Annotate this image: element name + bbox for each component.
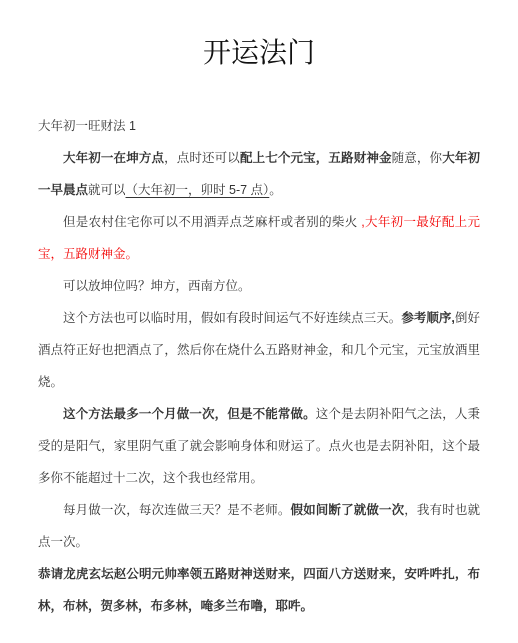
text-segment: 但是农村住宅你可以不用酒弄点芝麻杆或者别的柴火 [63,215,361,229]
paragraph-temporary-use: 这个方法也可以临时用，假如有段时间运气不好连续点三天。参考顺序,倒好酒点符正好也… [38,302,480,398]
paragraph-kun-position: 可以放坤位吗？坤方，西南方位。 [38,270,480,302]
paragraph-rural-house: 但是农村住宅你可以不用酒弄点芝麻杆或者别的柴火 ,大年初一最好配上元宝，五路财神… [38,206,480,270]
text-segment: 假如间断了就做一次 [291,503,405,517]
paragraph-monthly-limit: 这个方法最多一个月做一次，但是不能常做。这个是去阴补阳气之法，人秉受的是阳气，家… [38,398,480,494]
section-heading: 大年初一旺财法 1 [38,110,480,142]
text-segment: 配上七个元宝，五路财神金 [240,151,392,165]
text-segment: 这个方法也可以临时用，假如有段时间运气不好连续点三天。 [63,311,401,325]
text-segment: 可以放坤位吗？坤方，西南方位。 [63,279,251,293]
text-segment: （大年初一，卯时 5-7 点） [126,183,270,197]
text-segment: 参考顺序, [401,311,455,325]
text-segment: ，点时还可以 [164,151,240,165]
text-segment: 每月做一次，每次连做三天？是不老师。 [63,503,291,517]
text-segment: 恭请龙虎玄坛赵公明元帅率领五路财神送财来，四面八方送财来，安吽吽扎，布林，布林，… [38,567,480,613]
paragraph-method-1: 大年初一在坤方点，点时还可以配上七个元宝，五路财神金随意，你大年初一早晨点就可以… [38,142,480,206]
text-segment: 就可以 [88,183,126,197]
text-segment: 大年初一在坤方点 [63,151,164,165]
document-page: 开运法门 大年初一旺财法 1大年初一在坤方点，点时还可以配上七个元宝，五路财神金… [0,0,518,622]
text-segment: 随意，你 [392,151,443,165]
text-segment: 。 [269,183,282,197]
text-segment: 这个方法最多一个月做一次，但是不能常做。 [63,407,316,421]
paragraph-mantra: 恭请龙虎玄坛赵公明元帅率领五路财神送财来，四面八方送财来，安吽吽扎，布林，布林，… [38,558,480,622]
document-body: 大年初一旺财法 1大年初一在坤方点，点时还可以配上七个元宝，五路财神金随意，你大… [38,110,480,622]
document-title: 开运法门 [38,34,480,72]
text-segment: 大年初一旺财法 1 [38,119,136,133]
paragraph-frequency-question: 每月做一次，每次连做三天？是不老师。假如间断了就做一次，我有时也就点一次。 [38,494,480,558]
